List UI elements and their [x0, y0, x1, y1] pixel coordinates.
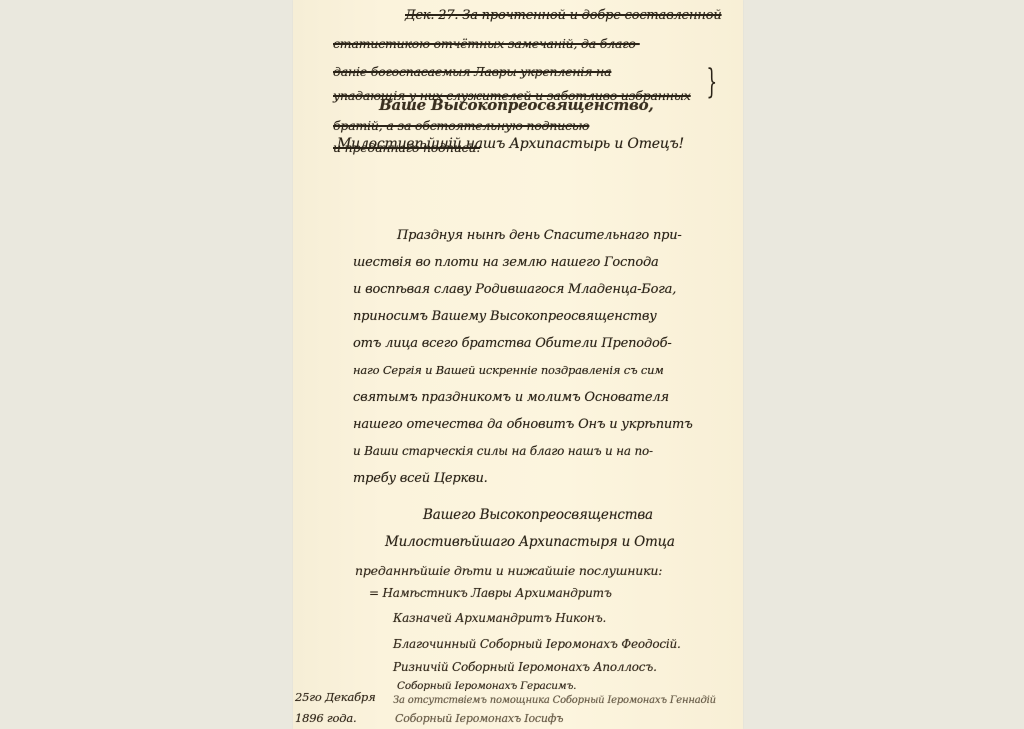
header-line: братій, а за обстоятельную подписью	[333, 118, 589, 133]
body-line: святымъ праздникомъ и молимъ Основателя	[353, 390, 669, 405]
manuscript-page: Дек. 27. За прочтенной и добре составлен…	[293, 0, 743, 729]
closing-line: Вашего Высокопреосвященства	[423, 507, 653, 523]
signature-line: = Намѣстникъ Лавры Архимандритъ	[369, 586, 612, 600]
signature-line-faint: Соборный Іеромонахъ Іосифъ	[395, 712, 563, 725]
date-day-month: 25го Декабря	[295, 690, 376, 704]
body-line: нашего отечества да обновитъ Онъ и укрѣп…	[353, 417, 693, 432]
body-line: приносимъ Вашему Высокопреосвященству	[353, 309, 657, 324]
body-line: и воспѣвая славу Родившагося Младенца-Бо…	[353, 282, 676, 297]
body-line: наго Сергія и Вашей искренніе поздравлен…	[353, 363, 664, 377]
viewer-background: Дек. 27. За прочтенной и добре составлен…	[0, 0, 1024, 729]
signature-line: Ризничій Соборный Іеромонахъ Аполлосъ.	[393, 660, 657, 674]
body-line: шествія во плоти на землю нашего Господа	[353, 255, 659, 270]
addressee-title: Ваше Высокопреосвященство,	[379, 96, 654, 114]
signature-line: Соборный Іеромонахъ Герасимъ.	[397, 680, 576, 692]
signature-line: Благочинный Соборный Іеромонахъ Феодосій…	[393, 637, 681, 651]
header-line: Дек. 27. За прочтенной и добре составлен…	[405, 8, 722, 23]
salutation: Милостивѣйшій нашъ Архипастырь и Отецъ!	[337, 136, 684, 152]
signature-line: Казначей Архимандритъ Никонъ.	[393, 611, 606, 625]
body-line: требу всей Церкви.	[353, 471, 488, 486]
header-line: статистикою отчётных замечаній, да благо…	[333, 36, 640, 51]
date-year: 1896 года.	[295, 711, 356, 725]
brace-mark: }	[706, 62, 717, 102]
closing-line: Милостивѣйшаго Архипастыря и Отца	[385, 534, 675, 550]
signature-line-faint: За отсутствіемъ помощника Соборный Іером…	[393, 695, 716, 706]
body-line: и Ваши старческія силы на благо нашъ и н…	[353, 444, 653, 458]
signatures-intro: преданнѣйшіе дѣти и нижайшіе послушники:	[355, 563, 662, 578]
body-line: отъ лица всего братства Обители Преподоб…	[353, 336, 672, 351]
body-line: Празднуя нынѣ день Спасительнаго при-	[397, 228, 682, 243]
header-line: даніе богоспасаемыя Лавры укрепленія на	[333, 64, 611, 79]
